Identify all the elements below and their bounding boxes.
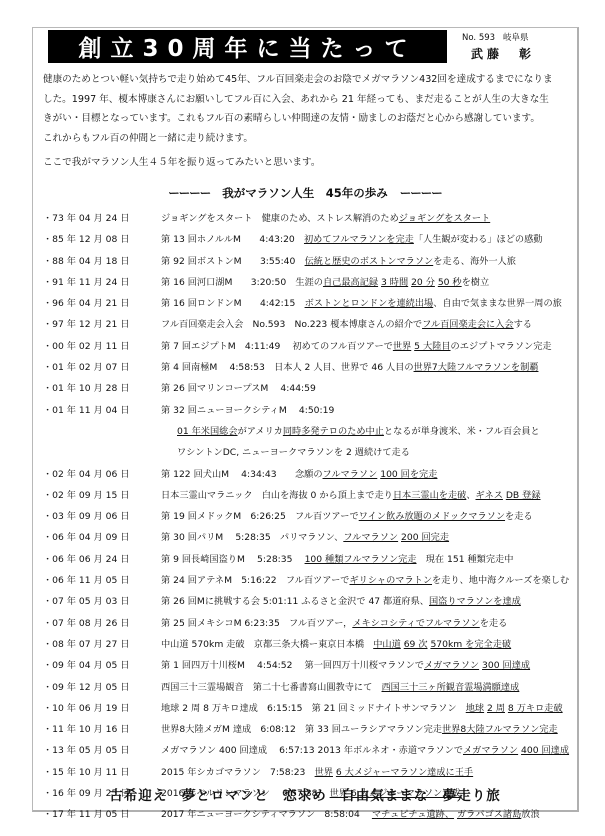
highlight-text: ジョギングをスタート: [399, 213, 490, 224]
event-text: 第 92 回ボストンM 3:55:40: [161, 256, 305, 267]
timeline-event: 2017 年ニューヨークシティマラソン 8:58:04 マチュピチュ遺跡、 ガラ…: [161, 809, 540, 820]
timeline-row: ・06 年 11 月 05 日第 24 回アテネM 5:16:22 フル百ツアー…: [43, 570, 578, 591]
timeline-date: ・11 年 10 月 16 日: [43, 719, 161, 740]
highlight-text: 50 秒: [438, 277, 462, 288]
timeline-event: 第 92 回ボストンM 3:55:40 伝統と歴史のボストンマラソンを走る、海外…: [161, 256, 516, 267]
timeline-date: ・06 年 04 月 09 日: [43, 527, 161, 548]
section-heading: ーーーー 我がマラソン人生 45年の歩み ーーーー: [33, 185, 577, 201]
timeline-date: ・96 年 04 月 21 日: [43, 293, 161, 314]
event-text: ジョギングをスタート 健康のため、ストレス解消のため: [161, 213, 399, 224]
timeline-row: ・13 年 05 月 05 日メガマラソン 400 回達成 6:57:13 20…: [43, 740, 578, 761]
event-text: 、: [466, 490, 475, 501]
timeline-event: フル百回楽走会入会 No.593 No.223 榎本博康さんの紹介でフル百回楽走…: [161, 319, 532, 330]
highlight-text: 300 回達成: [482, 660, 530, 671]
highlight-text: 69 次: [404, 639, 428, 650]
intro-line: 健康のためとつい軽い気持ちで走り始めて45年、フル百回楽走会のお陰でメガマラソン…: [43, 70, 575, 90]
event-text: 第 32 回ニューヨークシティM 4:50:19: [161, 405, 334, 416]
timeline-event: 西国三十三霊場観音 第二十七番書寫山圓教寺にて 西国三十三ヶ所観音霊場満願達成: [161, 682, 519, 693]
author-box: No. 593岐阜県 武藤 彰: [447, 30, 575, 63]
highlight-text: 8 万キロ走破: [508, 703, 563, 714]
highlight-text: 初めてフルマラソンを完走: [304, 234, 414, 245]
timeline-date: ・06 年 11 月 05 日: [43, 570, 161, 591]
event-text: 地球 2 周 8 万キロ達成 6:15:15 第 21 回ミッドナイトサンマラソ…: [161, 703, 466, 714]
timeline-continuation: ワシントンDC, ニューヨークマラソンを 2 週続けて走る: [43, 442, 578, 463]
event-text: 第 26 回Mに挑戦する会 5:01:11 ふるさと金沢で 47 都道府県、: [161, 596, 429, 607]
document-page: 創立30周年に当たって No. 593岐阜県 武藤 彰 健康のためとつい軽い気持…: [32, 27, 579, 812]
timeline-date: ・91 年 11 月 24 日: [43, 272, 161, 293]
timeline-event: 第 122 回犬山M 4:34:43 念願のフルマラソン 100 回を完走: [161, 469, 437, 480]
highlight-text: 西国三十三ヶ所観音霊場満願達成: [382, 682, 520, 693]
event-text: 西国三十三霊場観音 第二十七番書寫山圓教寺にて: [161, 682, 382, 693]
event-text: ワシントンDC, ニューヨークマラソンを 2 週続けて走る: [177, 447, 410, 458]
timeline-row: ・15 年 10 月 11 日2015 年シカゴマラソン 7:58:23 世界 …: [43, 762, 578, 783]
timeline-event: メガマラソン 400 回達成 6:57:13 2013 年ボルネオ・赤道マラソン…: [161, 745, 569, 756]
author-name: 武藤 彰: [471, 45, 535, 62]
timeline-event: 日本三霊山マラニック 白山を海抜 0 から頂上まで走り日本三霊山を走破、ギネス …: [161, 490, 541, 501]
timeline-date: ・01 年 02 月 07 日: [43, 357, 161, 378]
highlight-text: メガマラソン: [424, 660, 479, 671]
event-text: のエジプトマラソン完走: [451, 341, 552, 352]
timeline-event: 第 9 回長崎国盗りM 5:28:35 100 種類フルマラソン完走 現在 15…: [161, 554, 513, 565]
event-text: 第 25 回メキシコM 6:23:35 フル百ツアー，: [161, 618, 352, 629]
highlight-text: 同時多発テロのため中止: [283, 426, 384, 437]
highlight-text: ボストンとロンドンを連続出場: [305, 298, 434, 309]
highlight-text: 中山道: [373, 639, 401, 650]
author-meta: No. 593岐阜県: [462, 31, 529, 43]
highlight-text: メキシコシティでフルマラソン: [352, 618, 479, 629]
highlight-text: ギネス: [476, 490, 503, 501]
timeline-event: 第 19 回メドックM 6:26:25 フル百ツアーでワイン飲み放題のメドックマ…: [161, 511, 533, 522]
timeline-list: ・73 年 04 月 24 日ジョギングをスタート 健康のため、ストレス解消のた…: [43, 208, 578, 826]
event-text: 世界8大陸メガM 達成 6:08:12 第 33 回ユーラシアマラソン完走: [161, 724, 442, 735]
timeline-event: 第 26 回Mに挑戦する会 5:01:11 ふるさと金沢で 47 都道府県、国盗…: [161, 596, 521, 607]
timeline-date: ・17 年 11 月 05 日: [43, 804, 161, 825]
timeline-date: ・06 年 06 月 24 日: [43, 549, 161, 570]
closing-motto: 古希迎え 夢とロマンと 恋求め 自由気ままな 夢走り旅: [33, 784, 577, 804]
timeline-date: ・01 年 10 月 28 日: [43, 378, 161, 399]
highlight-text: 400 回達成: [521, 745, 569, 756]
event-text: 2017 年ニューヨークシティマラソン 8:58:04: [161, 809, 372, 820]
timeline-row: ・01 年 02 月 07 日第 4 回南極M 4:58:53 日本人 2 人目…: [43, 357, 578, 378]
event-text: を走る、海外一人旅: [433, 256, 516, 267]
timeline-date: ・15 年 10 月 11 日: [43, 762, 161, 783]
timeline-row: ・07 年 08 月 26 日第 25 回メキシコM 6:23:35 フル百ツア…: [43, 613, 578, 634]
highlight-text: 国盗りマラソンを達成: [429, 596, 521, 607]
event-text: を走る: [505, 511, 533, 522]
timeline-row: ・97 年 12 月 21 日フル百回楽走会入会 No.593 No.223 榎…: [43, 314, 578, 335]
timeline-date: ・09 年 04 月 05 日: [43, 655, 161, 676]
event-text: 中山道 570km 走破 京都三条大橋ー東京日本橋: [161, 639, 373, 650]
intro-text: 健康のためとつい軽い気持ちで走り始めて45年、フル百回楽走会のお陰でメガマラソン…: [43, 70, 575, 173]
event-text: 第 9 回長崎国盗りM 5:28:35: [161, 554, 305, 565]
timeline-date: ・00 年 02 月 11 日: [43, 336, 161, 357]
intro-line: これからもフル百の仲間と一緒に走り続けます。: [43, 129, 575, 149]
highlight-text: 5 大陸目: [414, 341, 450, 352]
highlight-text: 200 回完走: [401, 532, 449, 543]
event-text: を走る: [480, 618, 508, 629]
timeline-row: ・08 年 07 月 27 日中山道 570km 走破 京都三条大橋ー東京日本橋…: [43, 634, 578, 655]
timeline-event: 第 13 回ホノルルM 4:43:20 初めてフルマラソンを完走「人生観が変わる…: [161, 234, 542, 245]
highlight-text: フルマラソン: [323, 469, 378, 480]
event-text: 放浪: [521, 809, 539, 820]
timeline-row: ・09 年 12 月 05 日西国三十三霊場観音 第二十七番書寫山圓教寺にて 西…: [43, 677, 578, 698]
timeline-row: ・91 年 11 月 24 日第 16 回河口湖M 3:20:50 生涯の自己最…: [43, 272, 578, 293]
timeline-event: 地球 2 周 8 万キロ達成 6:15:15 第 21 回ミッドナイトサンマラソ…: [161, 703, 563, 714]
event-text: 第 16 回河口湖M 3:20:50 生涯の: [161, 277, 323, 288]
event-text: 第 13 回ホノルルM 4:43:20: [161, 234, 304, 245]
highlight-text: 100 種類フルマラソン完走: [305, 554, 417, 565]
timeline-event: 中山道 570km 走破 京都三条大橋ー東京日本橋 中山道 69 次 570km…: [161, 639, 511, 650]
timeline-event: 01 年米国総会がアメリカ同時多発テロのため中止となるが単身渡米、米・フル百会員…: [177, 426, 540, 437]
timeline-row: ・07 年 05 月 03 日第 26 回Mに挑戦する会 5:01:11 ふるさ…: [43, 591, 578, 612]
page-title: 創立30周年に当たって: [48, 30, 447, 63]
event-text: を樹立: [462, 277, 490, 288]
timeline-row: ・10 年 06 月 19 日地球 2 周 8 万キロ達成 6:15:15 第 …: [43, 698, 578, 719]
highlight-text: 伝統と歴史のボストンマラソン: [305, 256, 434, 267]
highlight-text: 01 年米国総会: [177, 426, 238, 437]
highlight-text: 自己最高記録: [323, 277, 378, 288]
highlight-text: 日本三霊山を走破: [393, 490, 467, 501]
highlight-text: 2 周: [487, 703, 505, 714]
timeline-date: ・07 年 05 月 03 日: [43, 591, 161, 612]
event-text: 、自由で気ままな世界一周の旅: [433, 298, 562, 309]
timeline-event: 第 7 回エジプトM 4:11:49 初めてのフル百ツアーで世界 5 大陸目のエ…: [161, 341, 552, 352]
timeline-event: 第 16 回ロンドンM 4:42:15 ボストンとロンドンを連続出場、自由で気ま…: [161, 298, 562, 309]
timeline-row: ・01 年 11 月 04 日第 32 回ニューヨークシティM 4:50:19: [43, 400, 578, 421]
timeline-date: ・88 年 04 月 18 日: [43, 251, 161, 272]
timeline-event: 第 26 回マリンコープスM 4:44:59: [161, 383, 316, 394]
timeline-row: ・06 年 04 月 09 日第 30 回パリM 5:28:35 パリマラソン、…: [43, 527, 578, 548]
highlight-text: 地球: [466, 703, 484, 714]
intro-line: した。1997 年、榎本博康さんにお願いしてフル百に入会、あれから 21 年経っ…: [43, 90, 575, 110]
highlight-text: 世界8大陸フルマラソン完走: [442, 724, 558, 735]
highlight-text: 世界7大陸フルマラソンを制覇: [414, 362, 539, 373]
timeline-date: ・73 年 04 月 24 日: [43, 208, 161, 229]
timeline-event: 第 32 回ニューヨークシティM 4:50:19: [161, 405, 334, 416]
prefecture: 岐阜県: [503, 33, 529, 43]
timeline-date: ・09 年 12 月 05 日: [43, 677, 161, 698]
highlight-text: マチュピチュ遺跡、: [372, 809, 454, 820]
highlight-text: ギリシャのマラトン: [350, 575, 433, 586]
intro-closing: ここで我がマラソン人生４５年を振り返ってみたいと思います。: [43, 153, 575, 173]
timeline-event: 2015 年シカゴマラソン 7:58:23 世界 6 大メジャーマラソン達成に王…: [161, 767, 473, 778]
event-text: を走り、地中海クルーズを楽しむ: [432, 575, 569, 586]
event-text: がアメリカ: [238, 426, 283, 437]
event-text: 第 1 回四万十川桜M 4:54:52 第一回四万十川桜マラソンで: [161, 660, 424, 671]
timeline-date: ・97 年 12 月 21 日: [43, 314, 161, 335]
heading-text: 我がマラソン人生 45年の歩み: [222, 186, 388, 200]
intro-line: きがい・目標となっています。これもフル百の素晴らしい仲間達の友情・励ましのお蔭だ…: [43, 109, 575, 129]
timeline-row: ・85 年 12 月 08 日第 13 回ホノルルM 4:43:20 初めてフル…: [43, 229, 578, 250]
timeline-date: ・10 年 06 月 19 日: [43, 698, 161, 719]
timeline-event: 世界8大陸メガM 達成 6:08:12 第 33 回ユーラシアマラソン完走世界8…: [161, 724, 558, 735]
timeline-row: ・00 年 02 月 11 日第 7 回エジプトM 4:11:49 初めてのフル…: [43, 336, 578, 357]
heading-dashes-left: ーーーー: [168, 186, 210, 200]
timeline-row: ・09 年 04 月 05 日第 1 回四万十川桜M 4:54:52 第一回四万…: [43, 655, 578, 676]
heading-dashes-right: ーーーー: [400, 186, 442, 200]
timeline-date: ・03 年 09 月 06 日: [43, 506, 161, 527]
highlight-text: 20 分: [411, 277, 435, 288]
timeline-event: ジョギングをスタート 健康のため、ストレス解消のためジョギングをスタート: [161, 213, 490, 224]
highlight-text: 6 大メジャーマラソン達成に王手: [336, 767, 473, 778]
event-text: フル百回楽走会入会 No.593 No.223 榎本博康さんの紹介で: [161, 319, 422, 330]
timeline-date: ・02 年 09 月 15 日: [43, 485, 161, 506]
timeline-row: ・96 年 04 月 21 日第 16 回ロンドンM 4:42:15 ボストンと…: [43, 293, 578, 314]
timeline-date: ・85 年 12 月 08 日: [43, 229, 161, 250]
timeline-row: ・03 年 09 月 06 日第 19 回メドックM 6:26:25 フル百ツア…: [43, 506, 578, 527]
highlight-text: 世界: [315, 767, 333, 778]
event-text: メガマラソン 400 回達成 6:57:13 2013 年ボルネオ・赤道マラソン…: [161, 745, 463, 756]
timeline-event: ワシントンDC, ニューヨークマラソンを 2 週続けて走る: [177, 447, 410, 458]
event-text: 第 30 回パリM 5:28:35 パリマラソン、: [161, 532, 343, 543]
timeline-date: ・01 年 11 月 04 日: [43, 400, 161, 421]
event-text: する: [514, 319, 532, 330]
event-text: となるが単身渡米、米・フル百会員と: [384, 426, 540, 437]
timeline-event: 第 30 回パリM 5:28:35 パリマラソン、フルマラソン 200 回完走: [161, 532, 449, 543]
event-text: 第 7 回エジプトM 4:11:49 初めてのフル百ツアーで: [161, 341, 393, 352]
event-text: 現在 151 種類完走中: [417, 554, 514, 565]
event-text: 第 19 回メドックM 6:26:25 フル百ツアーで: [161, 511, 359, 522]
timeline-row: ・73 年 04 月 24 日ジョギングをスタート 健康のため、ストレス解消のた…: [43, 208, 578, 229]
timeline-event: 第 1 回四万十川桜M 4:54:52 第一回四万十川桜マラソンでメガマラソン …: [161, 660, 530, 671]
timeline-date: ・07 年 08 月 26 日: [43, 613, 161, 634]
event-text: 第 16 回ロンドンM 4:42:15: [161, 298, 305, 309]
highlight-text: ガラパゴス諸島: [457, 809, 521, 820]
timeline-row: ・17 年 11 月 05 日2017 年ニューヨークシティマラソン 8:58:…: [43, 804, 578, 825]
timeline-row: ・06 年 06 月 24 日第 9 回長崎国盗りM 5:28:35 100 種…: [43, 549, 578, 570]
timeline-row: ・88 年 04 月 18 日第 92 回ボストンM 3:55:40 伝統と歴史…: [43, 251, 578, 272]
event-text: 第 122 回犬山M 4:34:43 念願の: [161, 469, 323, 480]
event-text: 2015 年シカゴマラソン 7:58:23: [161, 767, 315, 778]
highlight-text: 3 時間: [381, 277, 408, 288]
highlight-text: フルマラソン: [343, 532, 398, 543]
highlight-text: 世界: [393, 341, 411, 352]
timeline-date: ・08 年 07 月 27 日: [43, 634, 161, 655]
timeline-row: ・02 年 04 月 06 日第 122 回犬山M 4:34:43 念願のフルマ…: [43, 464, 578, 485]
event-text: 第 24 回アテネM 5:16:22 フル百ツアーで: [161, 575, 350, 586]
event-text: 「人生観が変わる」ほどの感動: [414, 234, 543, 245]
highlight-text: DB 登録: [506, 490, 541, 501]
highlight-text: フル百回楽走会に入会: [422, 319, 514, 330]
timeline-event: 第 4 回南極M 4:58:53 日本人 2 人目、世界で 46 人目の世界7大…: [161, 362, 538, 373]
timeline-event: 第 25 回メキシコM 6:23:35 フル百ツアー，メキシコシティでフルマラソ…: [161, 618, 507, 629]
event-text: 第 4 回南極M 4:58:53 日本人 2 人目、世界で 46 人目の: [161, 362, 414, 373]
highlight-text: ワイン飲み放題のメドックマラソン: [359, 511, 505, 522]
event-text: 第 26 回マリンコープスM 4:44:59: [161, 383, 316, 394]
timeline-row: ・11 年 10 月 16 日世界8大陸メガM 達成 6:08:12 第 33 …: [43, 719, 578, 740]
timeline-row: ・01 年 10 月 28 日第 26 回マリンコープスM 4:44:59: [43, 378, 578, 399]
timeline-event: 第 24 回アテネM 5:16:22 フル百ツアーでギリシャのマラトンを走り、地…: [161, 575, 569, 586]
highlight-text: メガマラソン: [463, 745, 518, 756]
member-number: No. 593: [462, 33, 495, 43]
timeline-event: 第 16 回河口湖M 3:20:50 生涯の自己最高記録 3 時間 20 分 5…: [161, 277, 489, 288]
highlight-text: 100 回を完走: [380, 469, 437, 480]
timeline-continuation: 01 年米国総会がアメリカ同時多発テロのため中止となるが単身渡米、米・フル百会員…: [43, 421, 578, 442]
timeline-date: ・13 年 05 月 05 日: [43, 740, 161, 761]
event-text: 日本三霊山マラニック 白山を海抜 0 から頂上まで走り: [161, 490, 393, 501]
timeline-row: ・02 年 09 月 15 日日本三霊山マラニック 白山を海抜 0 から頂上まで…: [43, 485, 578, 506]
highlight-text: 570km を完全走破: [430, 639, 511, 650]
timeline-date: ・02 年 04 月 06 日: [43, 464, 161, 485]
